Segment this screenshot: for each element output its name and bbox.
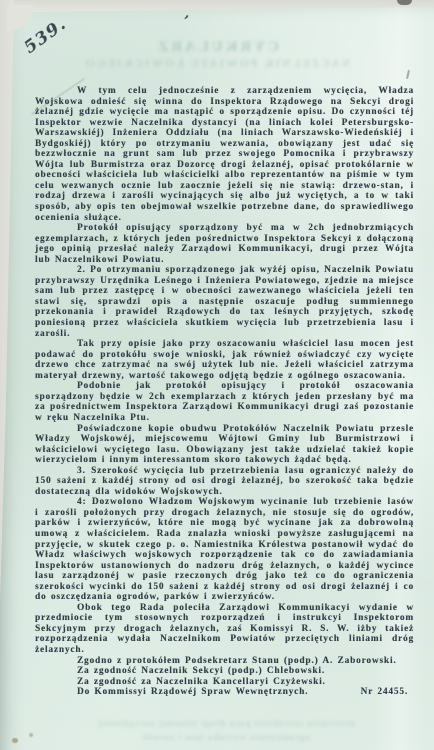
bleedthrough-bottom-line: przecięcia szerokości pasa drogi żelazne…: [64, 716, 388, 730]
signature-line-chancellery: Za zgodność za Naczelnika Kancellaryi Cz…: [35, 677, 414, 688]
bleedthrough-bottom: przecięcia szerokości pasa drogi żelazne…: [64, 716, 388, 744]
paragraph-protocol: Protokół opisujący sporządzony być ma w …: [35, 223, 414, 265]
paragraph-point-2: 2. Po otrzymaniu sporządzonego jak wyżéj…: [35, 265, 414, 339]
signature-line-section-chief: Za zgodność Naczelnik Sekcyi (podp.) Chl…: [35, 666, 414, 677]
addressee-commission: Do Kommissyi Rządowéj Spraw Wewnętrznych…: [35, 687, 308, 698]
footer-line: Do Kommissyi Rządowéj Spraw Wewnętrznych…: [35, 687, 414, 698]
bleedthrough-subtitle: NACZELNIK POWIATU ŁOWICKIEGO: [0, 58, 434, 70]
bleedthrough-bottom-line: ograniczenia wycinka lasu i zarośli: [64, 730, 388, 744]
document-body: W tym celu jednocześnie z zarządzeniem w…: [35, 86, 414, 698]
paragraph-point-4: 4: Dozwolono Władzom Wojskowym wycinanie…: [35, 497, 414, 602]
document-number: Nr 24455.: [319, 687, 408, 698]
paper-stain: [12, 738, 18, 743]
paragraph-owner-rights: Tak przy opisie jako przy oszacowaniu wł…: [35, 339, 414, 381]
paragraph-certified: Poświadczone kopie obudwu Protokółów Nac…: [35, 424, 414, 466]
paragraph-intro: W tym celu jednocześnie z zarządzeniem w…: [35, 86, 414, 223]
paper-stain: [29, 733, 33, 737]
paragraph-point-3: 3. Szerokość wycięcia lub przetrzebienia…: [35, 466, 414, 498]
paragraph-closing: Obok tego Rada poleciła Zarządowi Kommun…: [35, 603, 414, 656]
bleedthrough-title: CYRKULARZ: [0, 39, 434, 56]
paragraph-copies: Podobnie jak protokół opisujący i protok…: [35, 381, 414, 423]
signature-line-state-undersecretary: Zgodno z protokółem Podsekretarz Stanu (…: [35, 656, 414, 667]
scanned-document-page: { "colors": { "paper": "#d8e7df", "ink":…: [0, 0, 434, 750]
